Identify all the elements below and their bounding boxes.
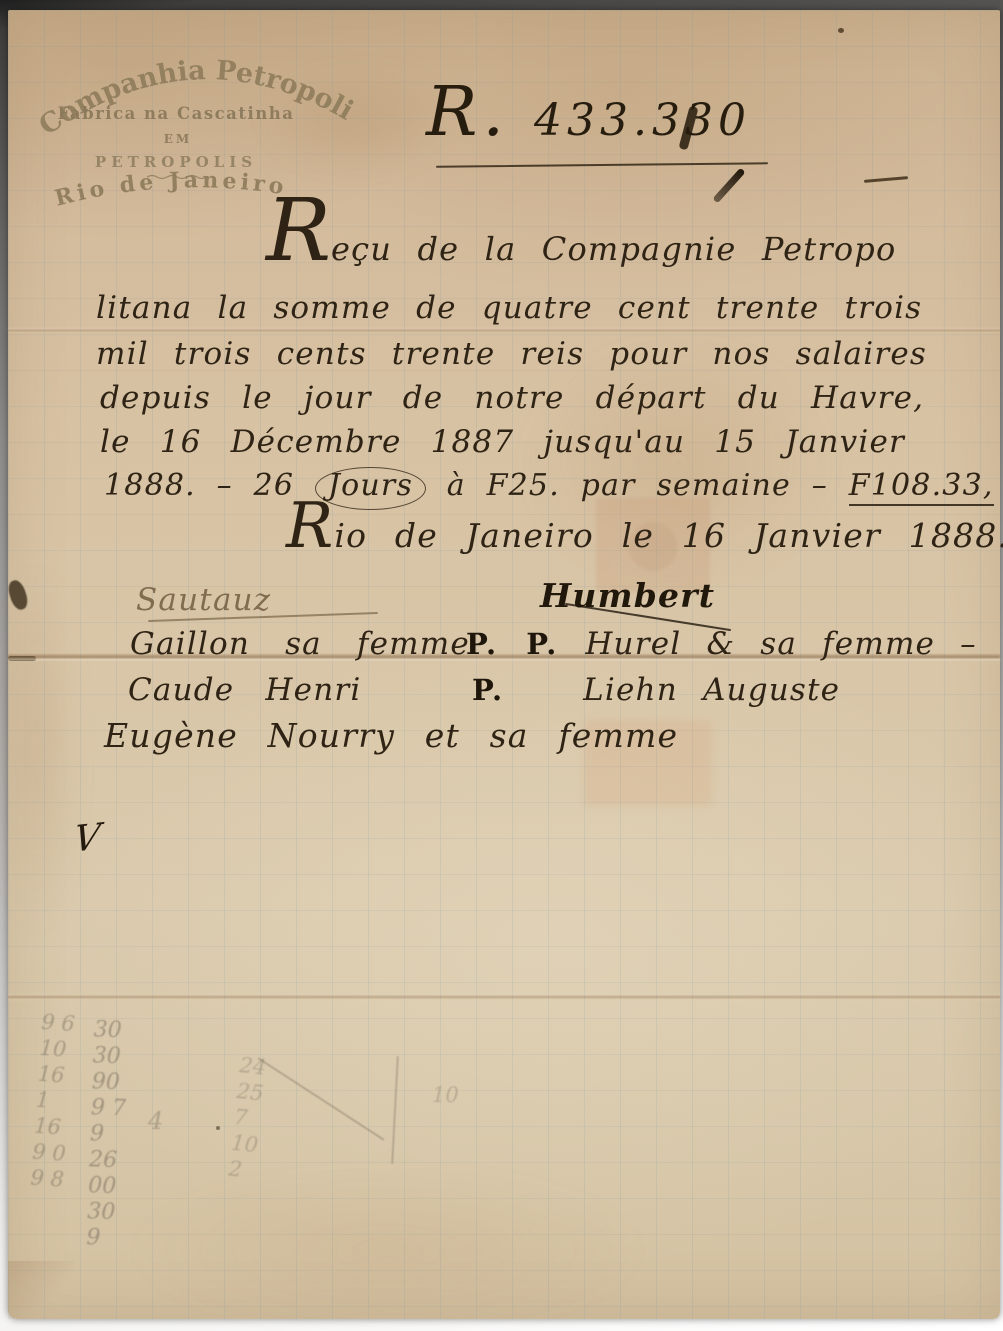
ink-speck-top-right	[838, 28, 844, 33]
signature-left-4: Eugène Nourry et sa femme	[104, 716, 678, 755]
amount-line: 1888. – 26 Jours à F25. par semaine – F1…	[104, 468, 1003, 503]
signature-right-2: P. P.Hurel & sa femme –	[466, 626, 977, 662]
letterhead-em: EM	[164, 132, 192, 146]
pencil-mark-4: 4	[148, 1108, 163, 1134]
signature-right-2-prefix: P. P.	[466, 627, 559, 661]
corner-fold-bottom-left	[8, 1261, 74, 1319]
pencil-scribbles-col4: 10	[432, 1082, 472, 1108]
signature-left-1: Sautauz	[136, 582, 271, 618]
amount-middle: à F25. par semaine –	[447, 468, 828, 503]
edge-ink-dash	[8, 656, 36, 661]
body-line-3: mil trois cents trente reis pour nos sal…	[96, 336, 927, 372]
body-line-1: Reçu de la Compagnie Petropo	[266, 200, 896, 268]
body-line-5: le 16 Décembre 1887 jusqu'au 15 Janvier	[100, 424, 905, 460]
dateline: Rio de Janeiro le 16 Janvier 1888.	[286, 502, 1003, 555]
signature-right-3-prefix: P.	[472, 673, 505, 707]
pencil-scribbles-col2: 30 30 90 9 7 9 26 00 30 9	[86, 1017, 138, 1252]
amount-underlined: F108.33,	[849, 468, 994, 506]
checkmark: V	[72, 816, 103, 861]
ink-speck-bottom	[216, 1126, 220, 1130]
signature-left-3: Caude Henri	[128, 672, 362, 708]
reference-number: R. 433.330	[426, 86, 751, 146]
signature-right-1: Humbert	[540, 576, 715, 615]
signature-right-2-name: Hurel & sa femme –	[585, 626, 977, 662]
amount-start: 1888. – 26	[104, 468, 294, 503]
signature-left-2: Gaillon sa femme	[130, 626, 470, 662]
paper: Companhia Petropolitana Fabrica na Casca…	[8, 10, 1000, 1319]
body-line-2: litana la somme de quatre cent trente tr…	[96, 290, 922, 326]
scan-background: Companhia Petropolitana Fabrica na Casca…	[0, 0, 1003, 1331]
body-line-4: depuis le jour de notre départ du Havre,	[100, 380, 924, 416]
letterhead-factory: Fabrica na Cascatinha	[58, 104, 295, 123]
signature-right-3-name: Liehn Auguste	[583, 672, 840, 708]
signature-right-3: P.Liehn Auguste	[472, 672, 840, 708]
letterhead-city: Rio de Janeiro	[52, 167, 289, 211]
letterhead-company: Companhia Petropolitana	[33, 24, 358, 142]
